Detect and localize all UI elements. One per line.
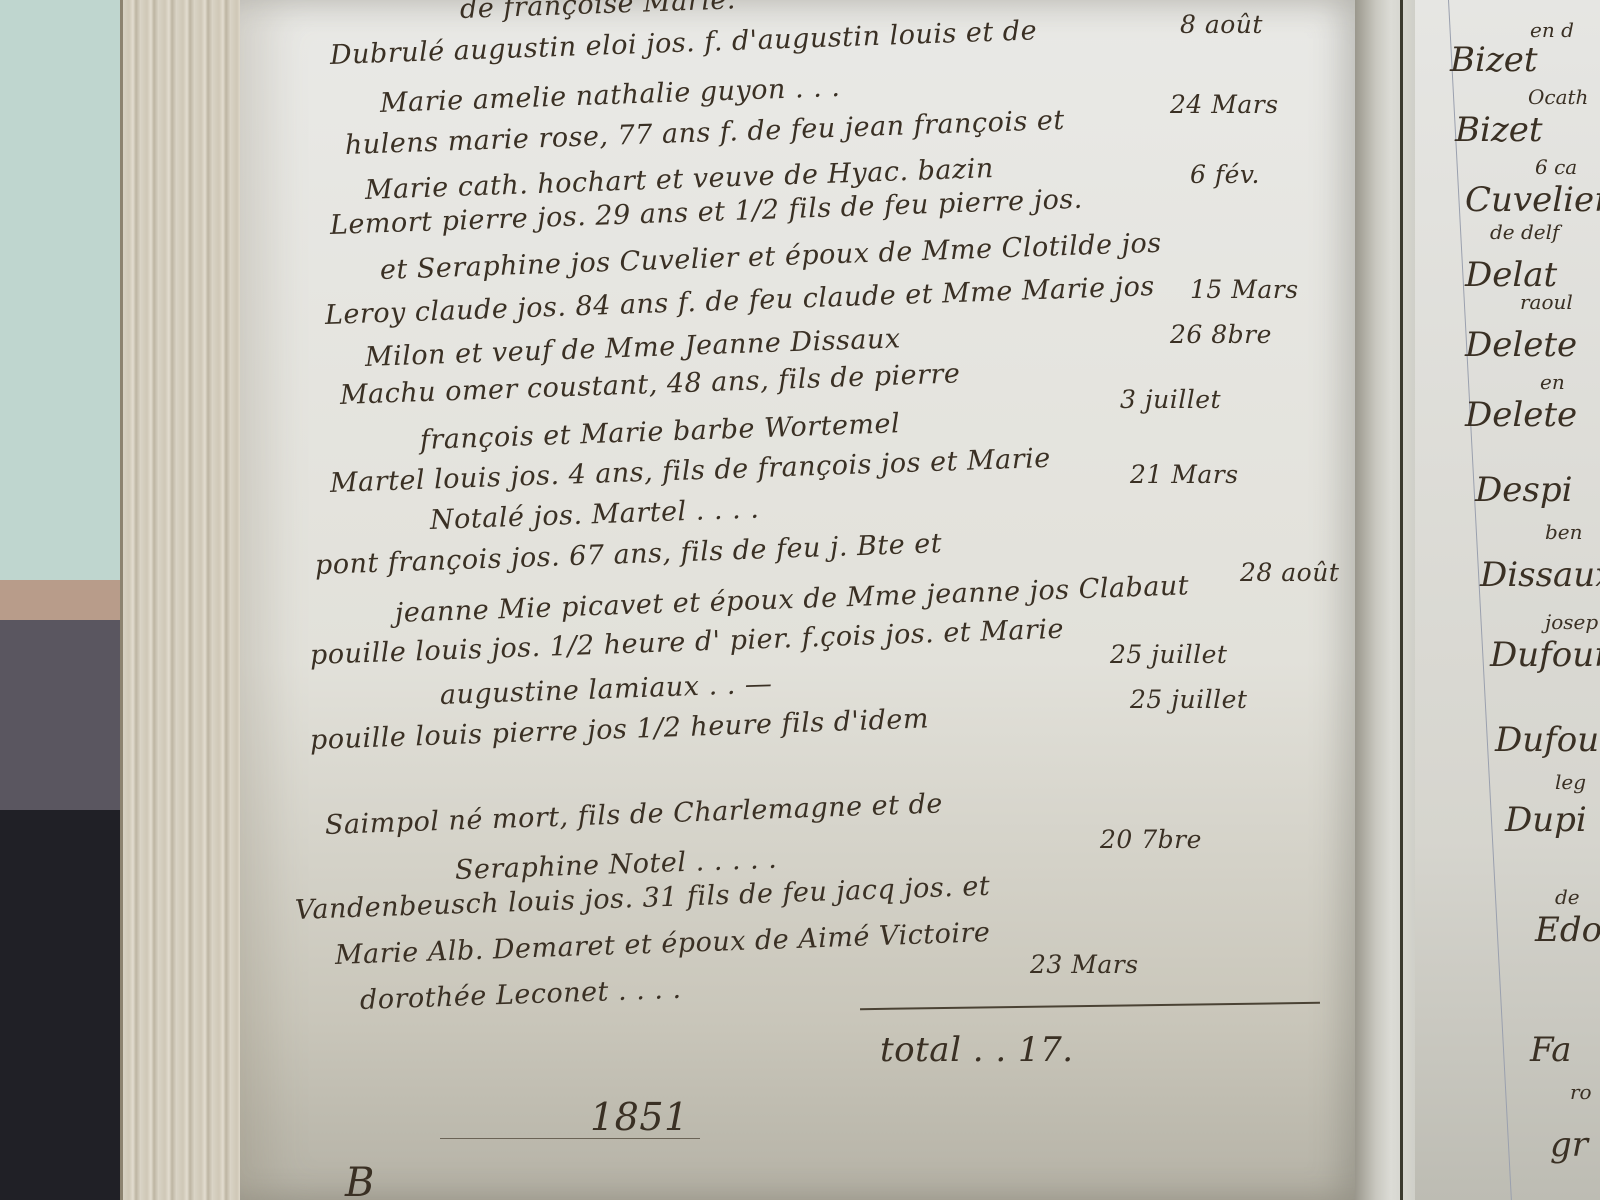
index-sub: de delf: [1490, 220, 1559, 244]
index-sub: ro: [1570, 1080, 1592, 1104]
index-name: Fa: [1530, 1030, 1572, 1070]
index-name: Dufour: [1490, 635, 1600, 675]
entry-date: 3 juillet: [1120, 385, 1221, 414]
index-name: Cuvelier: [1465, 180, 1600, 220]
index-sub: en: [1540, 370, 1565, 394]
entry-date: 21 Mars: [1130, 460, 1239, 489]
entry-date: 25 juillet: [1110, 640, 1227, 669]
index-sub: ben: [1545, 520, 1583, 544]
entry-date: 24 Mars: [1170, 90, 1279, 119]
total-count: total . . 17.: [880, 1030, 1074, 1070]
background-desk: [0, 620, 140, 810]
index-sub: josep: [1545, 610, 1598, 634]
index-name: Dufour: [1495, 720, 1600, 760]
entry-date: 8 août: [1180, 10, 1263, 39]
year-heading: 1851: [590, 1095, 689, 1139]
book-page-edges: [120, 0, 253, 1200]
gutter-binding-line: [1400, 0, 1403, 1200]
index-sub: Ocath: [1528, 85, 1588, 109]
index-name: Delat: [1465, 255, 1557, 295]
entry-date: 26 8bre: [1170, 320, 1272, 349]
index-name: Delete: [1465, 395, 1577, 435]
index-sub: raoul: [1520, 290, 1573, 314]
index-sub: en d: [1530, 18, 1574, 42]
background-shadow: [0, 810, 140, 1200]
entry-date: 23 Mars: [1030, 950, 1139, 979]
index-name: Dupi: [1505, 800, 1587, 840]
entry-date: 6 fév.: [1190, 160, 1260, 189]
entry-date: 20 7bre: [1100, 825, 1202, 854]
index-sub: leg: [1555, 770, 1586, 794]
index-sub: de: [1555, 885, 1580, 909]
background-wall: [0, 0, 140, 590]
index-name: Despi: [1475, 470, 1572, 510]
book-gutter: [1355, 0, 1415, 1200]
entry-date: 25 juillet: [1130, 685, 1247, 714]
index-sub: 6 ca: [1535, 155, 1577, 179]
index-name: Delete: [1465, 325, 1577, 365]
background-board: [0, 580, 140, 620]
index-name: Bizet: [1455, 110, 1543, 150]
index-name: Dissaux: [1480, 555, 1600, 595]
index-name: Edo: [1535, 910, 1600, 950]
index-name: gr: [1550, 1125, 1588, 1165]
index-name: Bizet: [1450, 40, 1538, 80]
entry-date: 15 Mars: [1190, 275, 1299, 304]
entry-date: 28 août: [1240, 558, 1339, 587]
next-entry-initial: B: [345, 1160, 375, 1200]
